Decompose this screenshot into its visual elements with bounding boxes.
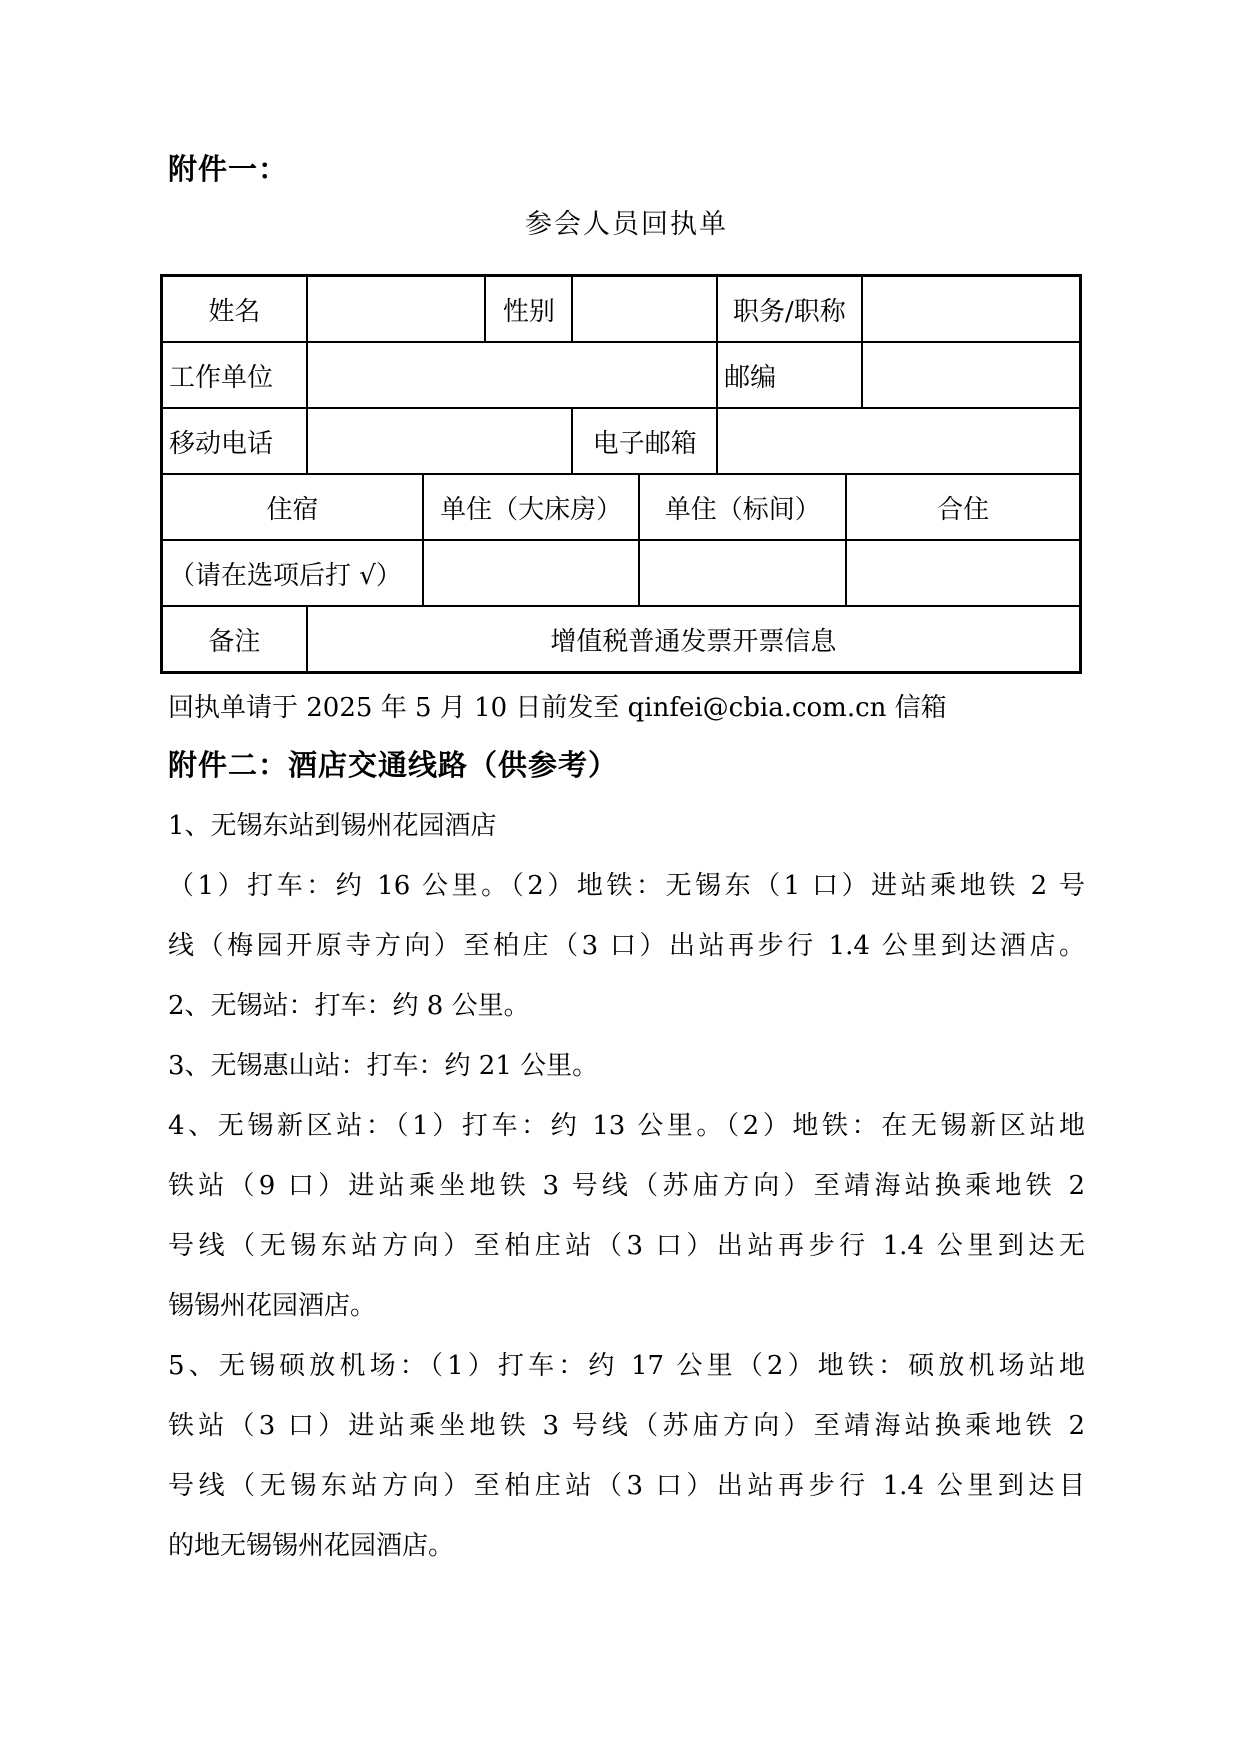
form-row: 姓名性别职务/职称 [163, 277, 1079, 343]
attachment2-heading: 附件二：酒店交通线路（供参考） [168, 736, 1240, 796]
form-blank-cell [847, 541, 1079, 605]
form-label-cell: （请在选项后打 √） [163, 541, 424, 605]
form-blank-cell [308, 409, 574, 473]
transport-line: 铁站（3 口）进站乘坐地铁 3 号线（苏庙方向）至靖海站换乘地铁 2 [168, 1396, 1085, 1456]
transport-line: 锡锡州花园酒店。 [168, 1276, 1085, 1336]
form-cell-text: 增值税普通发票开票信息 [550, 621, 836, 658]
form-label-cell: 职务/职称 [718, 277, 863, 341]
form-label-cell: 工作单位 [163, 343, 308, 407]
form-cell-text: 住宿 [267, 489, 319, 526]
form-cell-text: 合住 [937, 489, 989, 526]
form-blank-cell [863, 343, 1079, 407]
transport-line: 号线（无锡东站方向）至柏庄站（3 口）出站再步行 1.4 公里到达无 [168, 1216, 1085, 1276]
form-row: 工作单位邮编 [163, 343, 1079, 409]
form-label-cell: 增值税普通发票开票信息 [308, 607, 1079, 671]
form-title: 参会人员回执单 [168, 202, 1085, 248]
form-cell-text: 性别 [503, 291, 555, 328]
form-blank-cell [308, 277, 487, 341]
form-row: 备注增值税普通发票开票信息 [163, 607, 1079, 671]
transport-line: 线（梅园开原寺方向）至柏庄（3 口）出站再步行 1.4 公里到达酒店。 [168, 916, 1085, 976]
form-label-cell: 性别 [486, 277, 573, 341]
transport-line: 2、无锡站：打车：约 8 公里。 [168, 976, 1085, 1036]
form-label-cell: 住宿 [163, 475, 424, 539]
form-blank-cell [863, 277, 1079, 341]
form-cell-text: 邮编 [724, 357, 776, 394]
form-blank-cell [718, 409, 1079, 473]
attachment1-heading: 附件一： [168, 148, 1240, 192]
form-row: 移动电话电子邮箱 [163, 409, 1079, 475]
form-label-cell: 备注 [163, 607, 308, 671]
transport-line: 3、无锡惠山站：打车：约 21 公里。 [168, 1036, 1085, 1096]
reply-deadline-note: 回执单请于 2025 年 5 月 10 日前发至 qinfei@cbia.com… [168, 680, 1085, 736]
form-label-cell: 合住 [847, 475, 1079, 539]
transport-line: 铁站（9 口）进站乘坐地铁 3 号线（苏庙方向）至靖海站换乘地铁 2 [168, 1156, 1085, 1216]
form-cell-text: 姓名 [208, 291, 260, 328]
transport-line: 的地无锡锡州花园酒店。 [168, 1516, 1085, 1576]
form-row: 住宿单住（大床房）单住（标间）合住 [163, 475, 1079, 541]
transport-line: （1）打车：约 16 公里。（2）地铁：无锡东（1 口）进站乘地铁 2 号 [168, 856, 1085, 916]
form-cell-text: 单住（大床房） [440, 489, 622, 526]
transport-line: 4、无锡新区站：（1）打车：约 13 公里。（2）地铁：在无锡新区站地 [168, 1096, 1085, 1156]
form-label-cell: 移动电话 [163, 409, 308, 473]
form-label-cell: 邮编 [718, 343, 863, 407]
form-cell-text: 单住（标间） [665, 489, 821, 526]
transport-line: 5、无锡硕放机场：（1）打车：约 17 公里（2）地铁：硕放机场站地 [168, 1336, 1085, 1396]
reply-form-table: 姓名性别职务/职称工作单位邮编移动电话电子邮箱住宿单住（大床房）单住（标间）合住… [160, 274, 1082, 674]
form-blank-cell [308, 343, 718, 407]
form-label-cell: 姓名 [163, 277, 308, 341]
form-cell-text: 电子邮箱 [593, 423, 697, 460]
form-cell-text: 职务/职称 [733, 291, 846, 328]
form-cell-text: 工作单位 [169, 357, 273, 394]
transport-directions: 1、无锡东站到锡州花园酒店（1）打车：约 16 公里。（2）地铁：无锡东（1 口… [168, 796, 1085, 1576]
document-page: 附件一： 参会人员回执单 姓名性别职务/职称工作单位邮编移动电话电子邮箱住宿单住… [0, 0, 1240, 1754]
transport-line: 号线（无锡东站方向）至柏庄站（3 口）出站再步行 1.4 公里到达目 [168, 1456, 1085, 1516]
form-label-cell: 单住（标间） [640, 475, 847, 539]
form-label-cell: 单住（大床房） [424, 475, 640, 539]
form-blank-cell [573, 277, 718, 341]
form-row: （请在选项后打 √） [163, 541, 1079, 607]
form-cell-text: 移动电话 [169, 423, 273, 460]
form-cell-text: 备注 [208, 621, 260, 658]
transport-line: 1、无锡东站到锡州花园酒店 [168, 796, 1085, 856]
form-cell-text: （请在选项后打 √） [169, 555, 402, 592]
form-label-cell: 电子邮箱 [573, 409, 718, 473]
form-blank-cell [424, 541, 640, 605]
form-blank-cell [640, 541, 847, 605]
